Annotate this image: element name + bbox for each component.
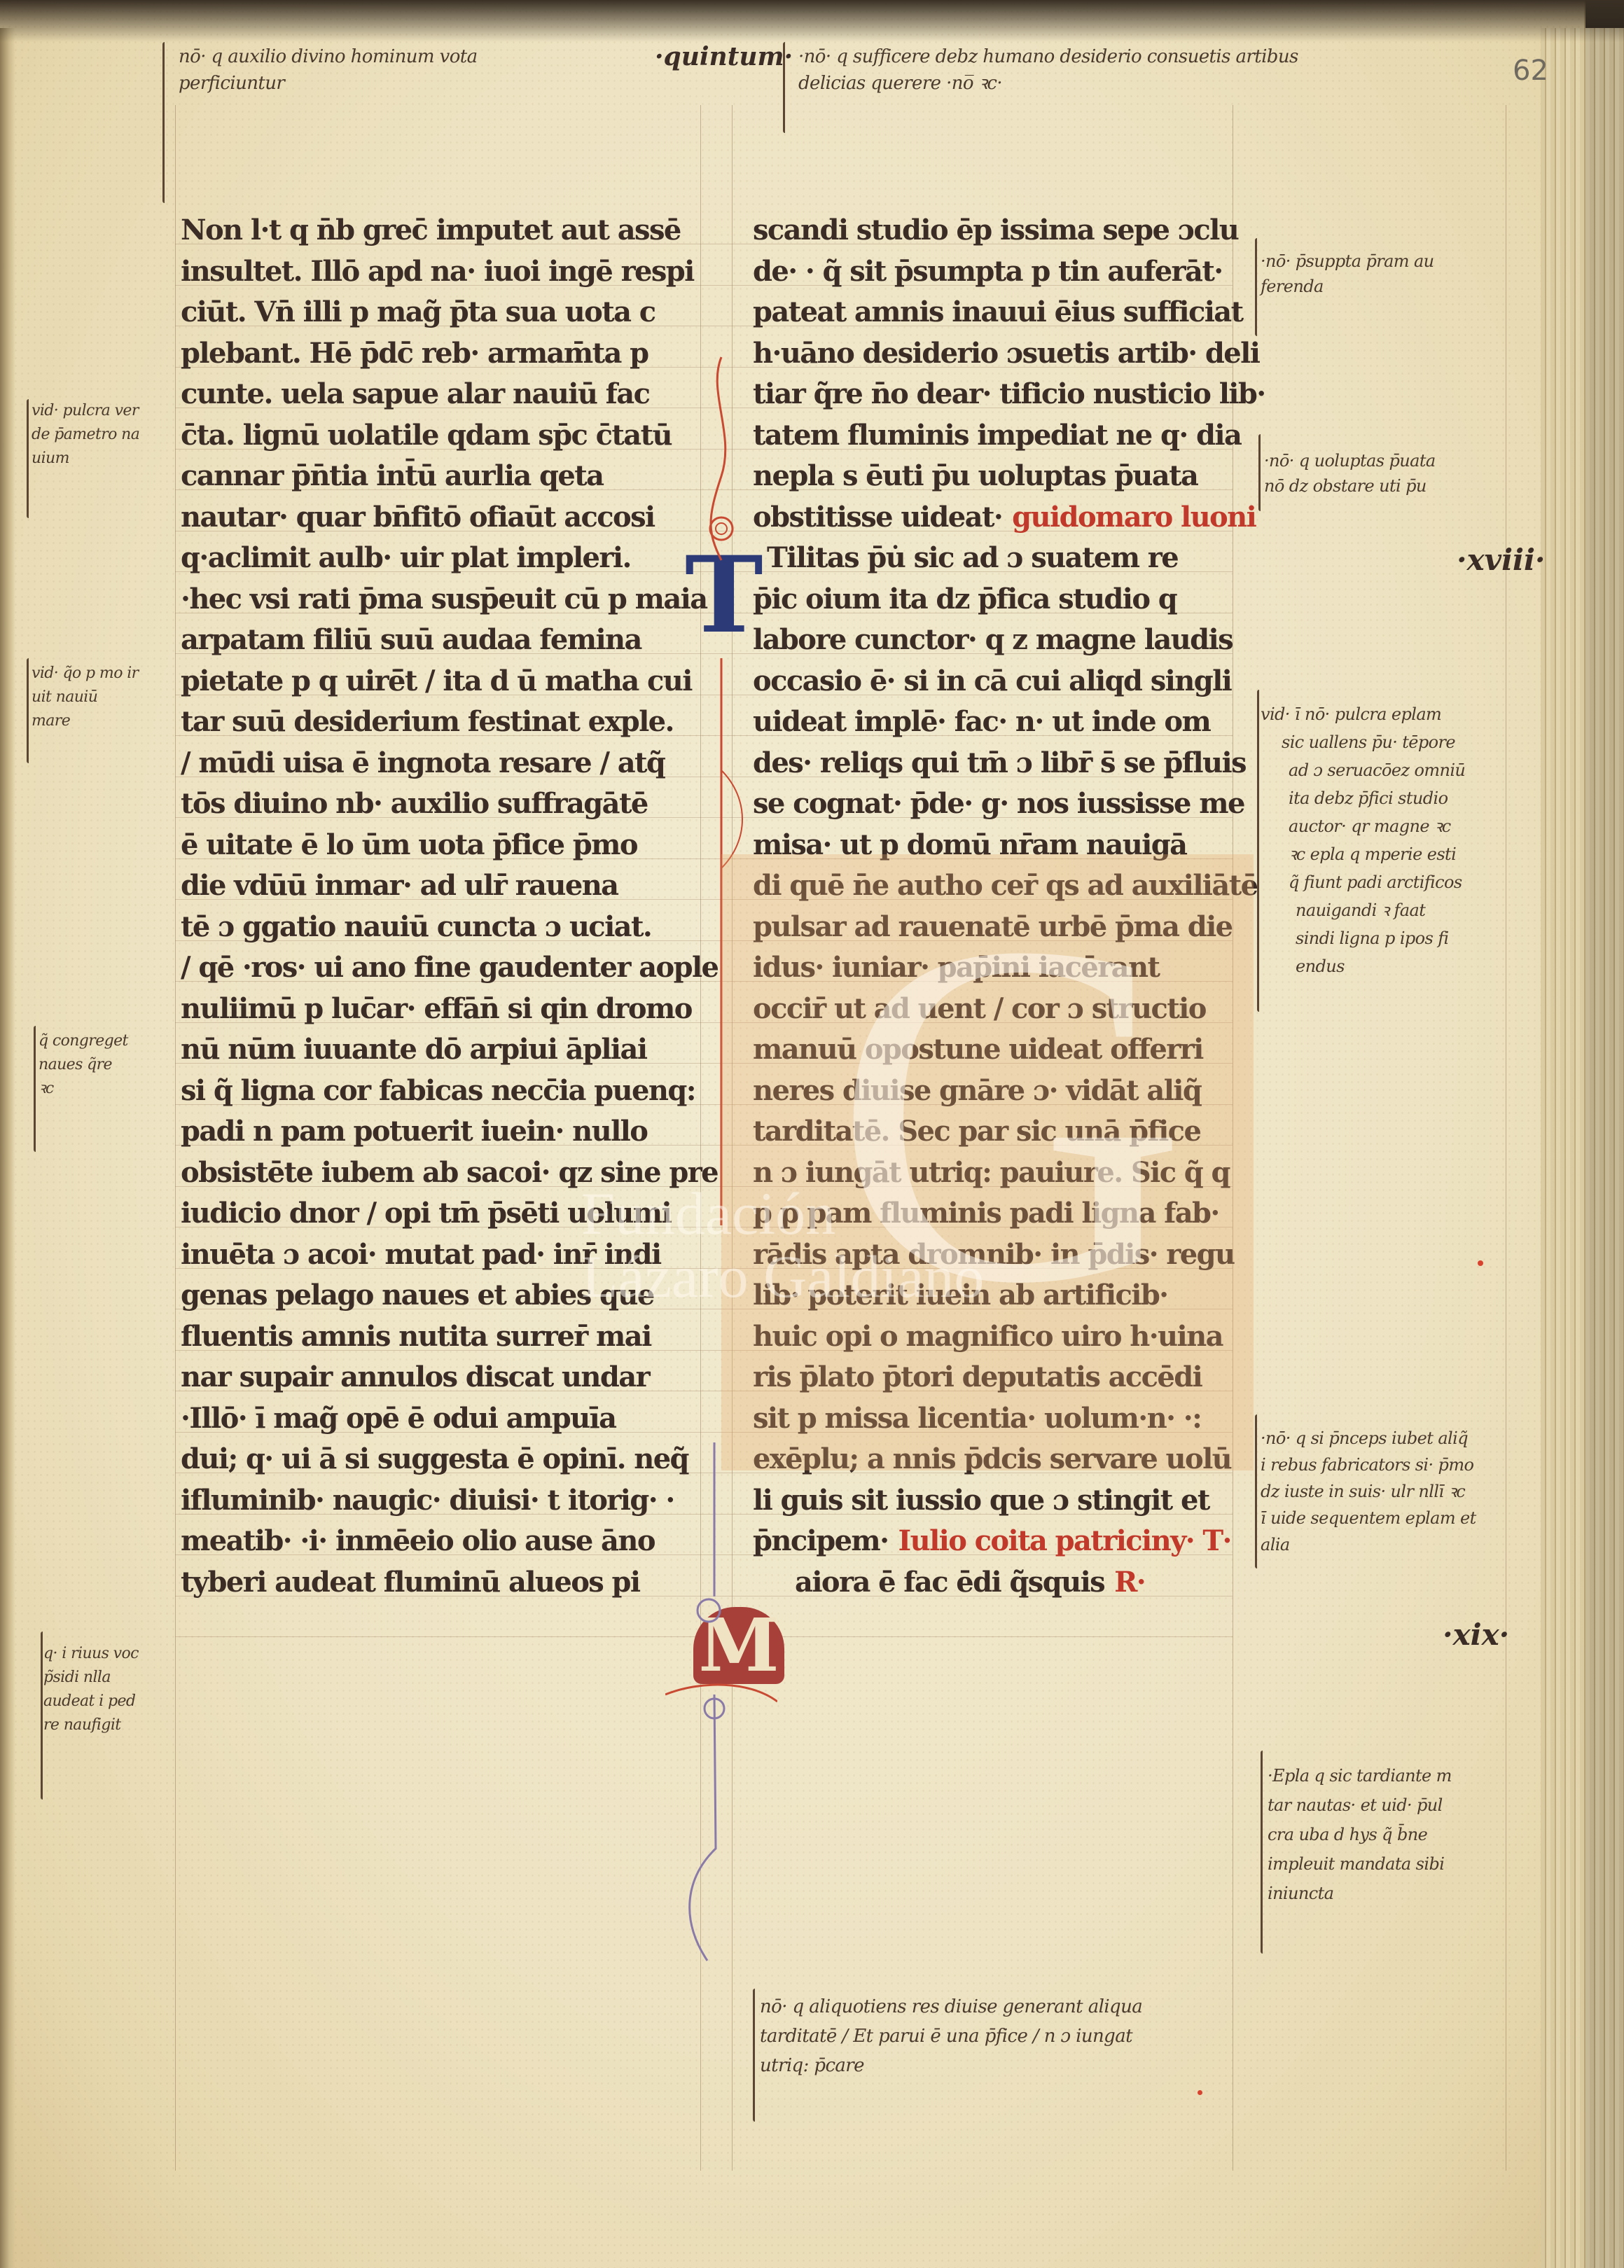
bottom-gloss: nō· q aliquotiens res diuise generant al…	[760, 1992, 1142, 2080]
binding-gutter	[0, 28, 15, 2268]
bracket	[1257, 690, 1259, 1012]
text-line: nepla s ēuti p̄u uoluptas p̄uata	[753, 456, 1236, 497]
text-line: c̄ta. lignū uolatile qdam sp̄c c̄tatū	[181, 415, 699, 457]
text-line: occasio ē· si in cā cui aliqd singli	[753, 661, 1236, 702]
bracket	[41, 1632, 43, 1800]
text-line: si q̃ ligna cor fabicas necc̄ia puenq:	[181, 1071, 699, 1112]
violet-pen-flourish	[665, 1428, 777, 1975]
margin-gloss-right-4: ·nō· q si p̄nceps iubet aliq̃ i rebus fa…	[1261, 1425, 1476, 1558]
text-line: tatem fluminis impediat ne q· dia	[753, 415, 1236, 457]
text-line: nuliimū p luc̄ar· effān̄ si qin dromo	[181, 989, 699, 1030]
margin-gloss-left-4: q· i riuus voc p̃sidi nlla audeat i ped …	[43, 1642, 139, 1737]
margin-gloss-right-2: ·nō· q uoluptas p̄uata nō dz obstare uti…	[1264, 448, 1436, 499]
text-line: Non l·t q n̄b grec̄ imputet aut assē	[181, 210, 699, 251]
text-line: h·uāno desiderio ɔsuetis artib· deli	[753, 333, 1236, 375]
text-line: dui; q· ui ā si suggesta ē opinī. neq̃	[181, 1439, 699, 1480]
text-line: q·aclimit aulb· uir plat impleri.	[181, 538, 699, 579]
bracket	[783, 42, 785, 133]
text-line: pateat amnis inauui ēius sufficiat	[753, 292, 1236, 333]
text-line: tē ɔ ggatio nauiū cuncta ɔ uciat.	[181, 907, 699, 948]
text-line: ē uitate ē lo ūm uota p̄fice p̄mo	[181, 825, 699, 866]
text-line: nautar· quar bn̄fitō ofiaūt accosi	[181, 497, 699, 538]
rubric-text: guidomaro luoni	[1012, 501, 1256, 534]
text-line: pietate p q uirē̄t / ita d ū matha cui	[181, 661, 699, 702]
margin-gloss-left-1: vid· pulcra ver de p̄ametro na uium	[32, 399, 139, 471]
bracket	[1258, 434, 1261, 511]
text-line: / qē ·ros· ui ano fine gaudenter aople	[181, 947, 699, 989]
text-line: se cognat· p̄de· g· nos iussisse me	[753, 784, 1236, 825]
text-line: die vdūū inmar· ad ulr̄ rauena	[181, 865, 699, 907]
page-fore-edge	[1541, 28, 1624, 2268]
text-line: nar supair annulos discat undar	[181, 1357, 699, 1398]
top-shadow	[0, 0, 1624, 42]
red-mark	[1198, 2090, 1202, 2095]
text-line: tyberi audeat fluminū alueos pi	[181, 1562, 699, 1603]
text-line: scandi studio ēp issima sepe ɔclu	[753, 210, 1236, 251]
bracket	[34, 1026, 36, 1152]
section-numeral-xviii: ·xviii·	[1457, 543, 1546, 577]
text-line: de· · q̃ sit p̄sumpta p tin auferāt·	[753, 251, 1236, 293]
bracket	[1255, 1414, 1257, 1568]
ruling-outer	[1506, 105, 1506, 2171]
text-line: ifluminib· naugic· diuisi· t itorig· ·	[181, 1480, 699, 1522]
header-gloss-left: nō· q auxilio divino hominum vota perfic…	[179, 43, 478, 97]
text-line: aiora ē fac ēdi q̃squisR·	[753, 1562, 1236, 1603]
rubric-text: Iulio coita patriciny· T·	[898, 1524, 1230, 1557]
watermark-line-2: Lázaro Galdiano	[581, 1246, 984, 1307]
text-line: Tilitas p̄u̇ sic ad ɔ suatem re	[753, 538, 1236, 579]
text-line: p̄ic oium ita dz p̄fica studio q	[753, 579, 1236, 620]
bracket	[162, 42, 165, 203]
text-line: ciūt. Vn̄ illi p mag̃ p̄ta sua uota c	[181, 292, 699, 333]
margin-gloss-left-3: q̃ congreget naues q̃re ꝛc	[39, 1029, 128, 1101]
text-line: labore cunctor· q z magne laudis	[753, 620, 1236, 661]
folio-number: 62	[1513, 55, 1548, 87]
header-gloss-right: ·nō· q sufficere debz humano desiderio c…	[798, 43, 1298, 97]
watermark-line-1: Fundación	[581, 1183, 835, 1244]
text-line: insultet. Illō apd na· iuoi ingē respi	[181, 251, 699, 293]
text-line: li guis sit iussio que ɔ stingit et	[753, 1480, 1236, 1522]
text-line: meatib· ·i· inmēeio olio ause āno	[181, 1521, 699, 1562]
bracket	[1261, 1751, 1263, 1954]
text-line: uideat implē· fac· n· ut inde om	[753, 702, 1236, 743]
bracket	[27, 658, 29, 763]
header-numeral: ·quintum·	[655, 42, 793, 71]
text-line: nū nūm iuuante dō arpiui āpliai	[181, 1029, 699, 1071]
text-line: tiar q̃re n̄o dear· tificio nusticio lib…	[753, 374, 1236, 415]
ruling-left	[175, 105, 176, 2171]
text-line: plebant. Hē p̄dc̄ reb· armam̄ta p	[181, 333, 699, 375]
bracket	[1255, 238, 1257, 336]
text-line: fluentis amnis nutita surrer̄ mai	[181, 1316, 699, 1358]
manuscript-page: 62 nō· q auxilio divino hominum vota per…	[0, 0, 1585, 2268]
red-mark	[1478, 1260, 1483, 1266]
margin-gloss-right-3: vid· ī nō· pulcra eplam sic uallens p̄u·…	[1261, 700, 1465, 980]
text-line: / mūdi uisa ē ingnota resare / atq̃	[181, 743, 699, 784]
bracket	[27, 399, 29, 518]
text-line: cunte. uela sapue alar nauiū fac	[181, 374, 699, 415]
text-line: tar suū desiderium festinat exple.	[181, 702, 699, 743]
text-line: ·hec vsi rati p̄ma susp̄euit cū p maia	[181, 579, 699, 620]
rubric-text: R·	[1114, 1566, 1145, 1599]
text-line: ·Illō· ī mag̃ opē ē odui ampuīa	[181, 1398, 699, 1440]
text-line: arpatam filiū suū audaa femina	[181, 620, 699, 661]
text-line: p̄ncipem·Iulio coita patriciny· T·	[753, 1521, 1236, 1562]
text-column-a: Non l·t q n̄b grec̄ imputet aut assēinsu…	[181, 210, 699, 1603]
text-line: padi n pam potuerit iuein· nullo	[181, 1111, 699, 1153]
text-line: des· reliqs qui tm̄ ɔ libr̄ s̄ se p̄flui…	[753, 743, 1236, 784]
text-line: obstitisse uideat·guidomaro luoni	[753, 497, 1236, 538]
margin-gloss-right-1: ·nō· p̄suppta p̄ram au ferenda	[1261, 249, 1434, 299]
text-line: cannar p̄n̄tia int̄ū aurlia qeta	[181, 456, 699, 497]
section-numeral-xix: ·xix·	[1443, 1617, 1509, 1652]
bracket	[753, 1989, 755, 2122]
text-line: tōs diuino nb· auxilio suffragātē	[181, 784, 699, 825]
margin-gloss-right-5: ·Epla q sic tardiante m tar nautas· et u…	[1268, 1761, 1452, 1908]
margin-gloss-left-2: vid· q̃o p mo ir uit nauiū mare	[32, 662, 139, 733]
